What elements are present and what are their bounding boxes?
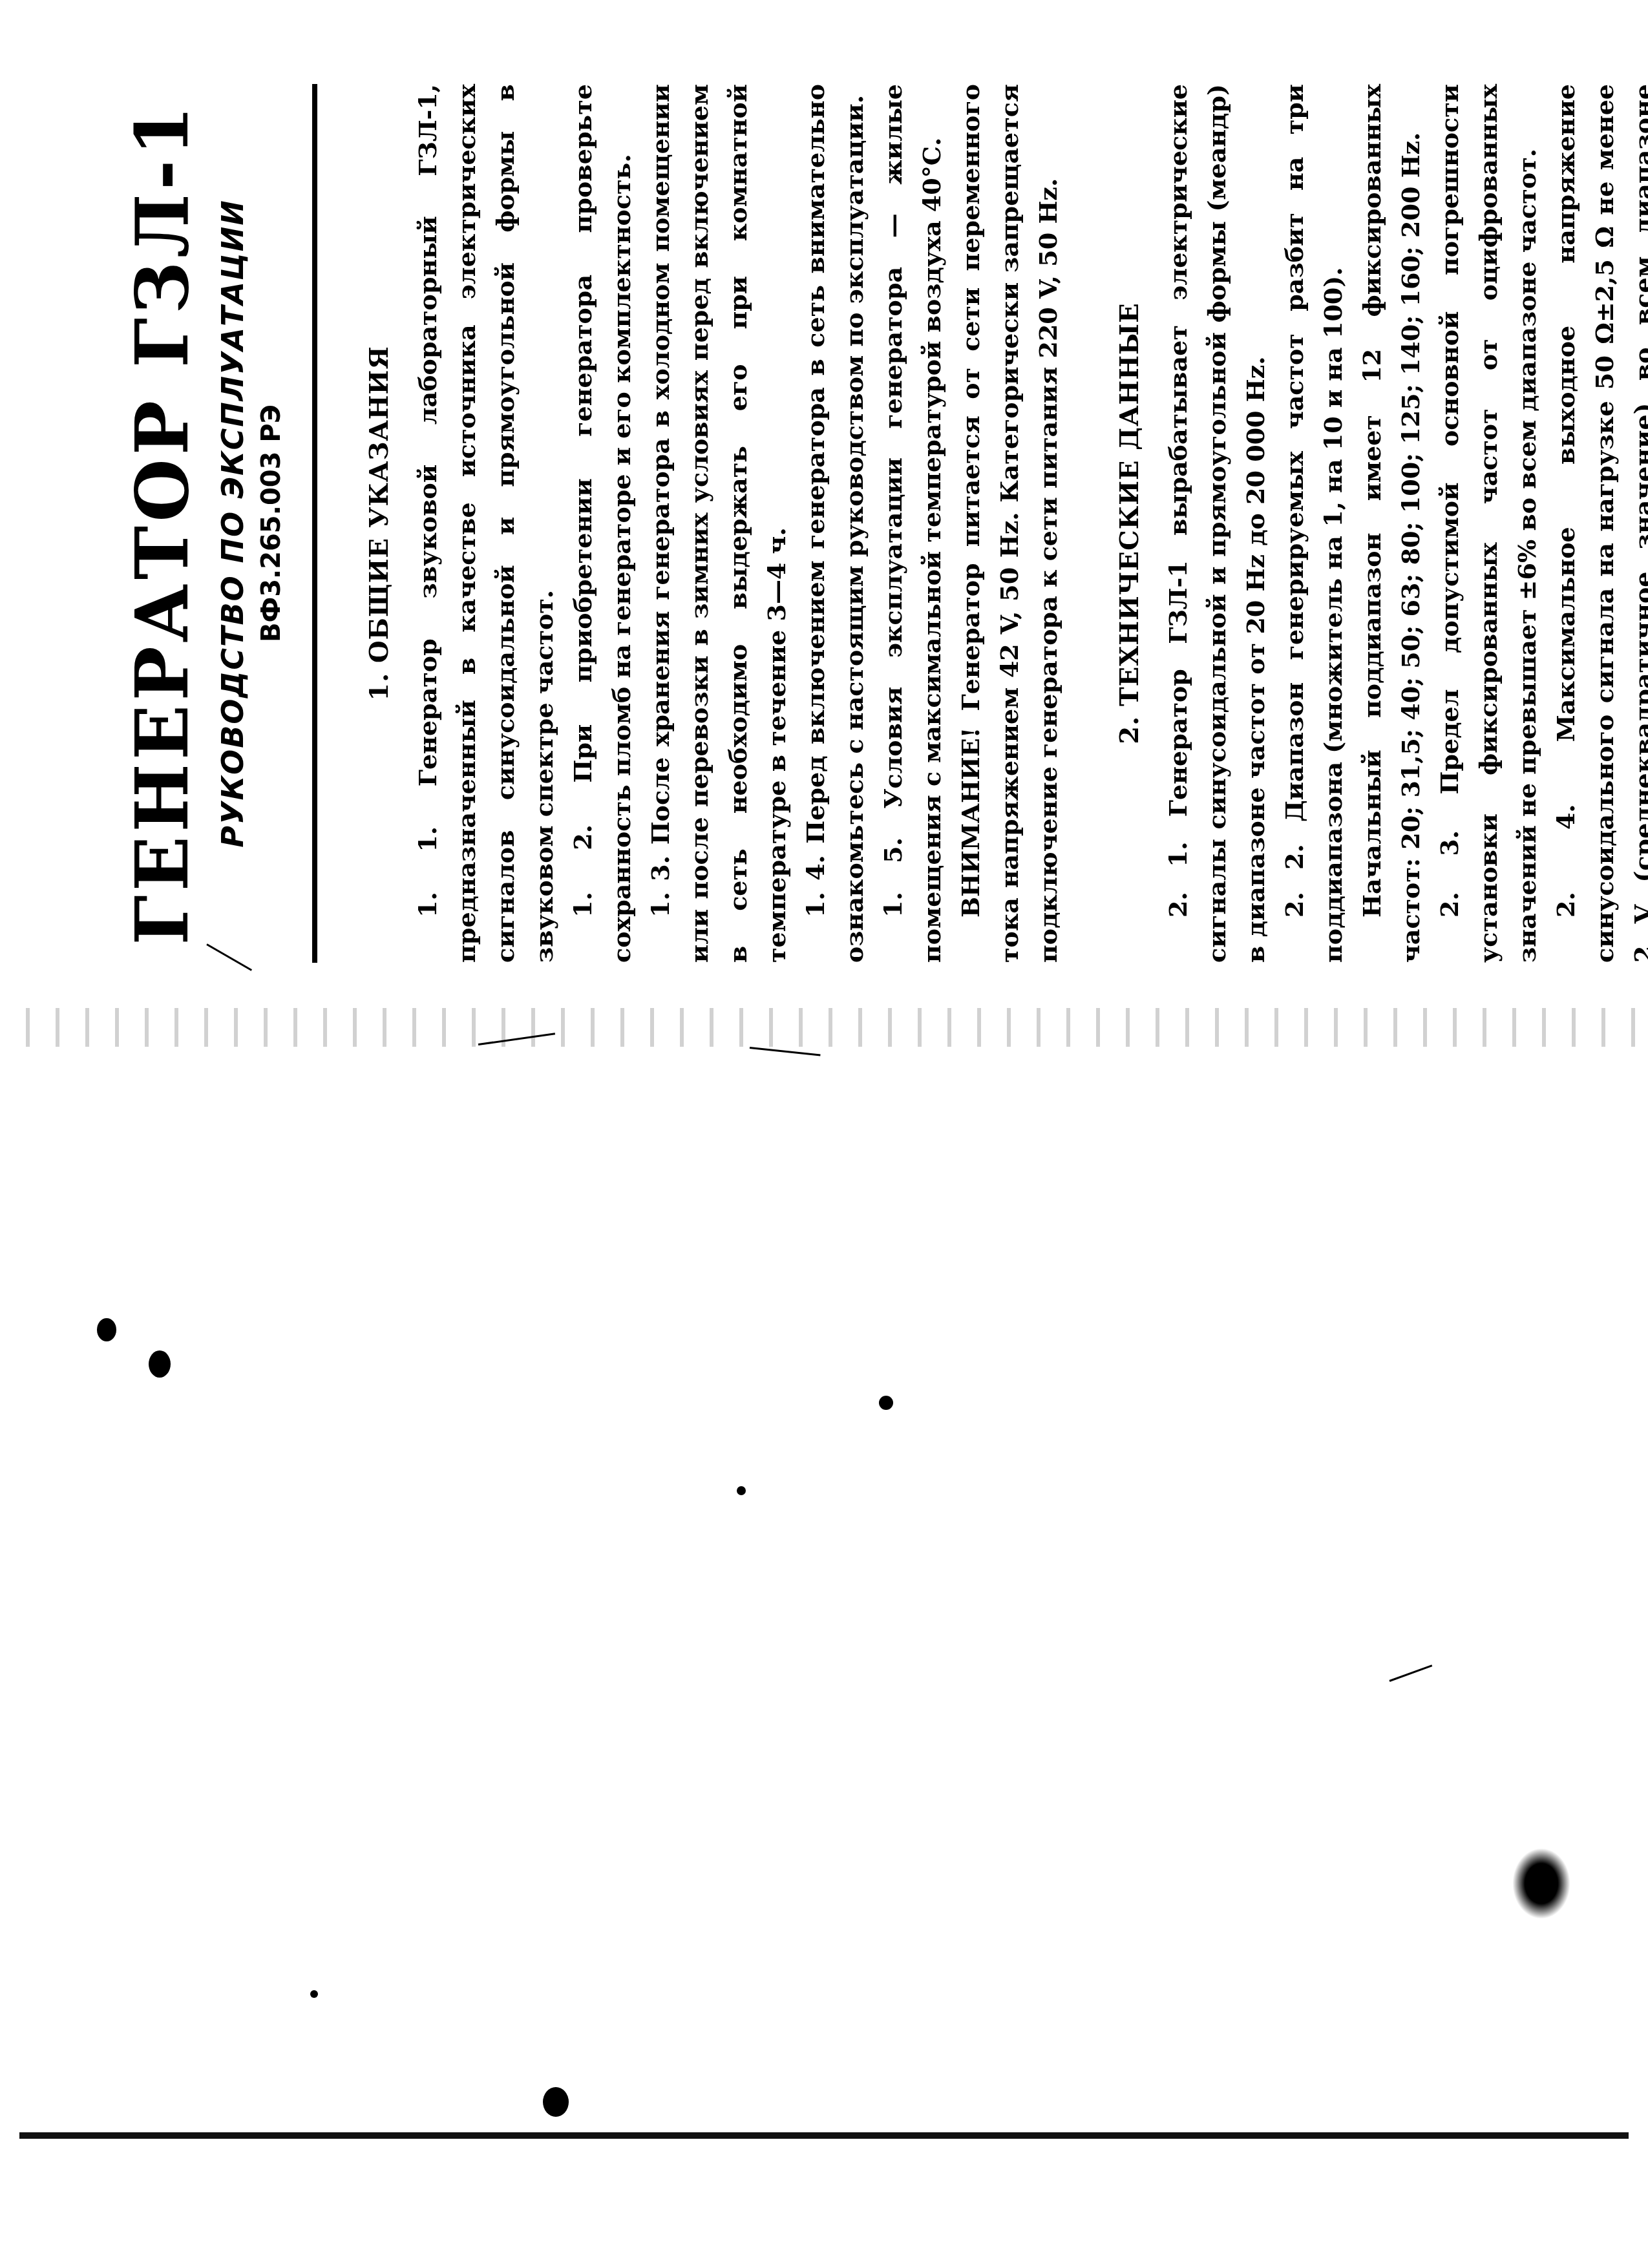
document-code: ВФ3.265.003 РЭ bbox=[257, 65, 286, 982]
ink-speck bbox=[149, 1350, 171, 1378]
document-subtitle: РУКОВОДСТВО ПО ЭКСПЛУАТАЦИИ bbox=[215, 65, 250, 982]
page-bottom-edge bbox=[19, 2132, 1629, 2139]
ink-speck bbox=[310, 1990, 318, 1998]
paragraph: 2. 2. Диапазон генерируемых частот разби… bbox=[1275, 84, 1353, 963]
ink-speck bbox=[879, 1396, 893, 1410]
paragraph: 1. 5. Условия эксплуатации генератора — … bbox=[874, 84, 951, 963]
section-title: 1. ОБЩИЕ УКАЗАНИЯ bbox=[364, 65, 394, 982]
section-title: 2. ТЕХНИЧЕСКИЕ ДАННЫЕ bbox=[1114, 65, 1145, 982]
manual-page: ГЕНЕРАТОР ГЗЛ-1 РУКОВОДСТВО ПО ЭКСПЛУАТА… bbox=[97, 65, 1486, 982]
scratch bbox=[1389, 1664, 1432, 1682]
paragraph: 1. 3. После хранения генератора в холодн… bbox=[641, 84, 796, 963]
paragraph: 1. 2. При приобретении генератора провер… bbox=[564, 84, 641, 963]
section-general: 1. ОБЩИЕ УКАЗАНИЯ 1. 1. Генератор звуков… bbox=[364, 65, 1068, 982]
booklet-fold bbox=[0, 1008, 1648, 1047]
title-rule bbox=[312, 84, 317, 963]
staple-mark bbox=[750, 1047, 821, 1056]
paragraph: 2. 1. Генератор ГЗЛ-1 вырабатывает элект… bbox=[1159, 84, 1275, 963]
ink-speck bbox=[97, 1318, 116, 1341]
section-technical: 2. ТЕХНИЧЕСКИЕ ДАННЫЕ 2. 1. Генератор ГЗ… bbox=[1114, 65, 1648, 982]
ink-speck bbox=[543, 2087, 569, 2117]
warning-paragraph: ВНИМАНИЕ! Генератор питается от сети пер… bbox=[951, 84, 1068, 963]
paragraph: Начальный поддиапазон имеет 12 фиксирова… bbox=[1353, 84, 1430, 963]
paragraph: 1. 1. Генератор звуковой лабораторный ГЗ… bbox=[408, 84, 564, 963]
paragraph: 1. 4. Перед включением генератора в сеть… bbox=[796, 84, 874, 963]
ink-blot bbox=[1512, 1848, 1570, 1919]
ink-speck bbox=[737, 1486, 746, 1495]
document-title: ГЕНЕРАТОР ГЗЛ-1 bbox=[123, 65, 202, 982]
paragraph: 2. 4. Максимальное выходное напряжение с… bbox=[1547, 84, 1648, 963]
paragraph: 2. 3. Предел допустимой основной погрешн… bbox=[1430, 84, 1547, 963]
